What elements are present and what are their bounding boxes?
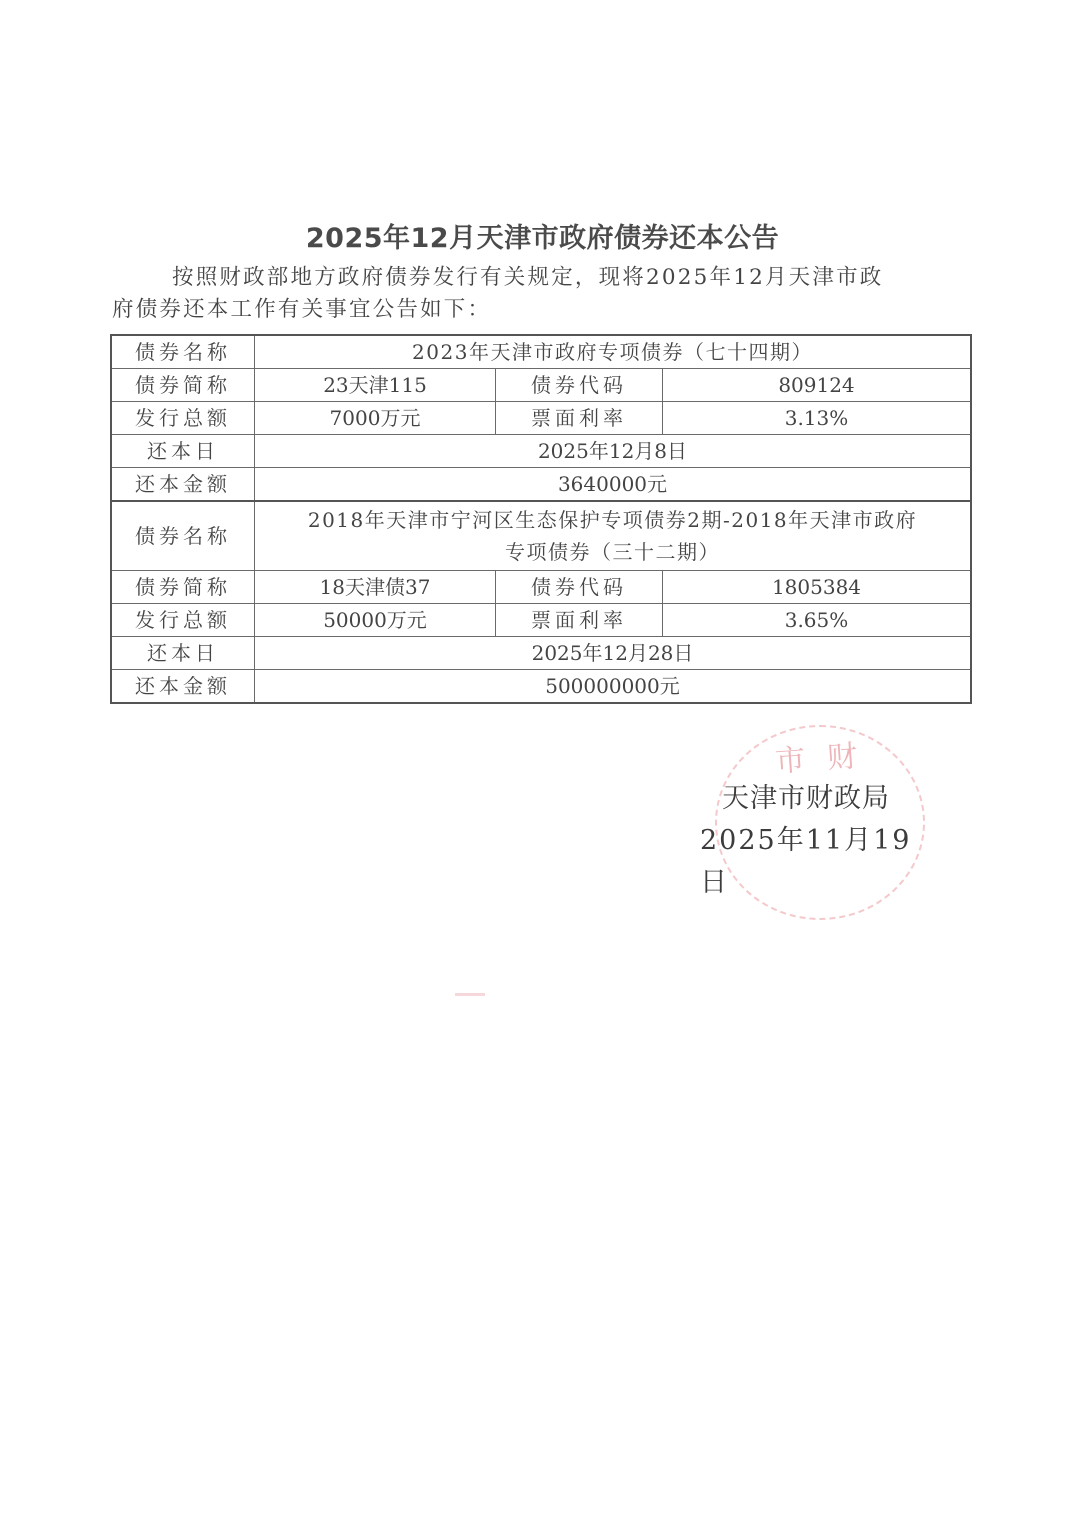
intro-paragraph: 按照财政部地方政府债券发行有关规定，现将2025年12月天津市政 府债券还本工作… — [112, 262, 972, 326]
table-row-bond-1-short: 债券简称 23天津115 债券代码 809124 — [111, 369, 971, 402]
page-title: 2025年12月天津市政府债券还本公告 — [0, 216, 1075, 255]
bond-1-code: 809124 — [663, 369, 972, 402]
label-coupon-rate: 票面利率 — [496, 604, 663, 637]
table-row-bond-1-date: 还本日 2025年12月8日 — [111, 435, 971, 468]
label-bond-code: 债券代码 — [496, 571, 663, 604]
table-row-bond-1-amount: 还本金额 3640000元 — [111, 468, 971, 502]
label-short-name: 债券简称 — [111, 571, 255, 604]
label-repay-amount: 还本金额 — [111, 670, 255, 704]
label-repay-amount: 还本金额 — [111, 468, 255, 502]
intro-line-1: 按照财政部地方政府债券发行有关规定，现将2025年12月天津市政 — [112, 262, 972, 294]
label-issue-total: 发行总额 — [111, 604, 255, 637]
scan-speck — [455, 993, 485, 996]
intro-line-2: 府债券还本工作有关事宜公告如下： — [112, 294, 972, 326]
label-repay-date: 还本日 — [111, 435, 255, 468]
bond-2-name-line-2: 专项债券（三十二期） — [261, 536, 964, 568]
bond-1-short-name: 23天津115 — [255, 369, 496, 402]
bond-2-repay-date: 2025年12月28日 — [255, 637, 972, 670]
bond-1-issue-total: 7000万元 — [255, 402, 496, 435]
label-bond-name: 债券名称 — [111, 501, 255, 571]
table-row-bond-2-name: 债券名称 2018年天津市宁河区生态保护专项债券2期-2018年天津市政府 专项… — [111, 501, 971, 571]
label-short-name: 债券简称 — [111, 369, 255, 402]
table-row-bond-1-issue: 发行总额 7000万元 票面利率 3.13% — [111, 402, 971, 435]
table-row-bond-1-name: 债券名称 2023年天津市政府专项债券（七十四期） — [111, 335, 971, 369]
issue-date: 2025年11月19日 — [700, 820, 940, 904]
bond-2-issue-total: 50000万元 — [255, 604, 496, 637]
issuing-organization: 天津市财政局 — [700, 778, 940, 820]
bond-2-name: 2018年天津市宁河区生态保护专项债券2期-2018年天津市政府 专项债券（三十… — [255, 501, 972, 571]
label-coupon-rate: 票面利率 — [496, 402, 663, 435]
bond-2-short-name: 18天津债37 — [255, 571, 496, 604]
bond-2-repay-amount: 500000000元 — [255, 670, 972, 704]
bond-1-repay-amount: 3640000元 — [255, 468, 972, 502]
label-bond-code: 债券代码 — [496, 369, 663, 402]
bond-1-name: 2023年天津市政府专项债券（七十四期） — [255, 335, 972, 369]
bond-1-coupon-rate: 3.13% — [663, 402, 972, 435]
bond-2-name-line-1: 2018年天津市宁河区生态保护专项债券2期-2018年天津市政府 — [261, 504, 964, 536]
table-row-bond-2-short: 债券简称 18天津债37 债券代码 1805384 — [111, 571, 971, 604]
table-row-bond-2-date: 还本日 2025年12月28日 — [111, 637, 971, 670]
official-seal-text: 市财 — [774, 729, 881, 780]
table-row-bond-2-amount: 还本金额 500000000元 — [111, 670, 971, 704]
bond-1-repay-date: 2025年12月8日 — [255, 435, 972, 468]
label-repay-date: 还本日 — [111, 637, 255, 670]
bond-2-code: 1805384 — [663, 571, 972, 604]
signature-block: 天津市财政局 2025年11月19日 — [700, 778, 940, 904]
table-row-bond-2-issue: 发行总额 50000万元 票面利率 3.65% — [111, 604, 971, 637]
label-bond-name: 债券名称 — [111, 335, 255, 369]
bond-repayment-table: 债券名称 2023年天津市政府专项债券（七十四期） 债券简称 23天津115 债… — [110, 334, 972, 704]
label-issue-total: 发行总额 — [111, 402, 255, 435]
bond-2-coupon-rate: 3.65% — [663, 604, 972, 637]
